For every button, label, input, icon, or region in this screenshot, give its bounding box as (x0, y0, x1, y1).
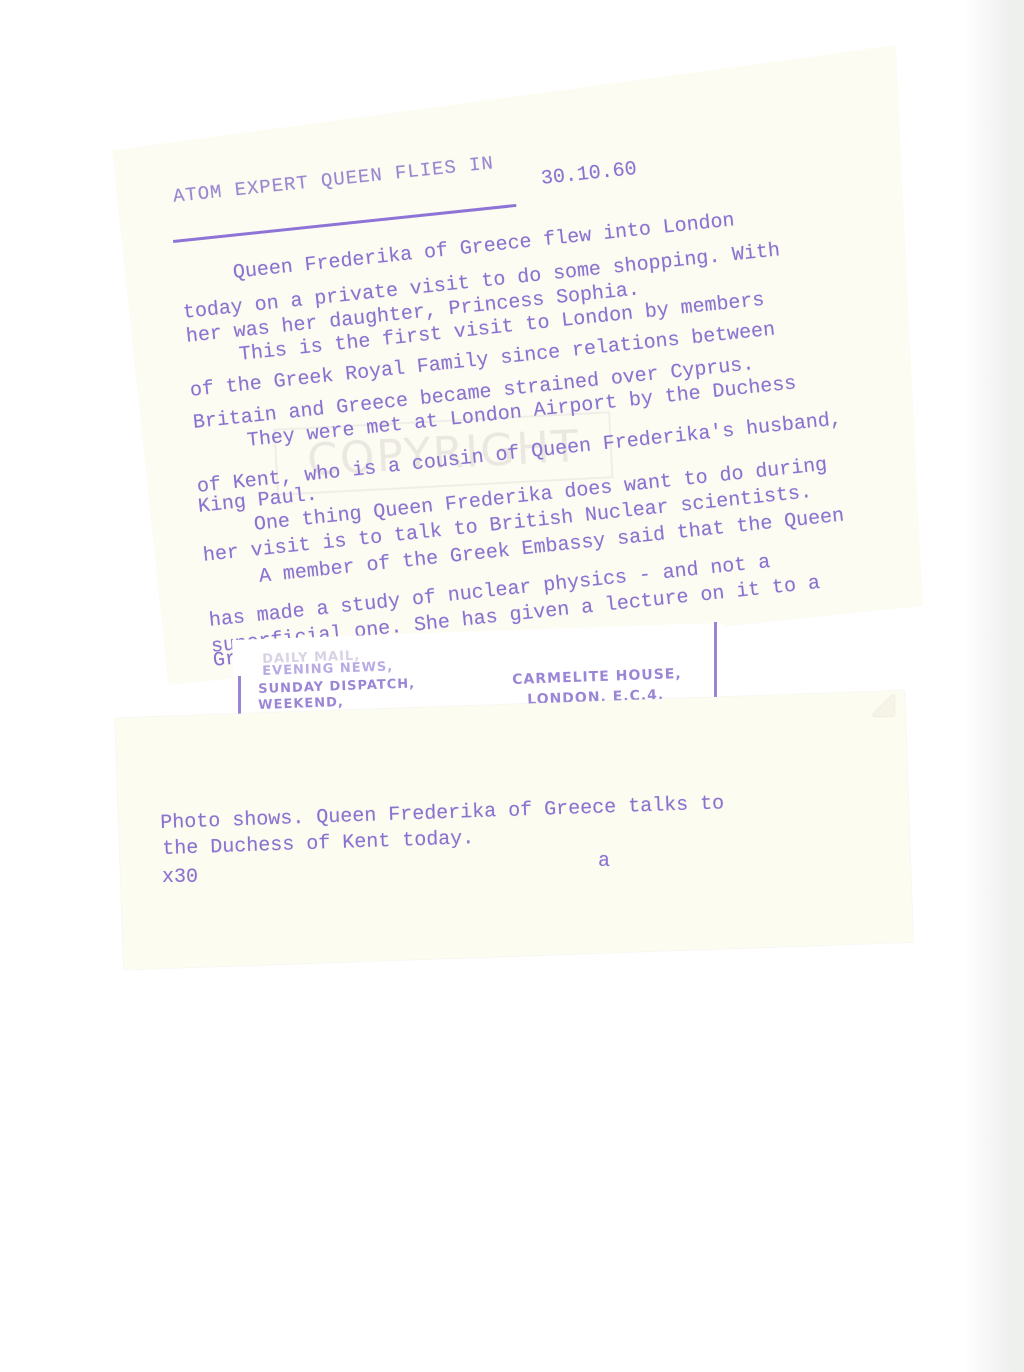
caption-marker: a (598, 850, 610, 873)
folded-corner (872, 694, 894, 716)
page-background: COPYRIGHT ATOM EXPERT QUEEN FLIES IN 30.… (0, 0, 1024, 1372)
stamp-border-right (714, 622, 717, 702)
caption-code: x30 (162, 866, 198, 889)
scan-edge-shadow (964, 0, 1024, 1372)
